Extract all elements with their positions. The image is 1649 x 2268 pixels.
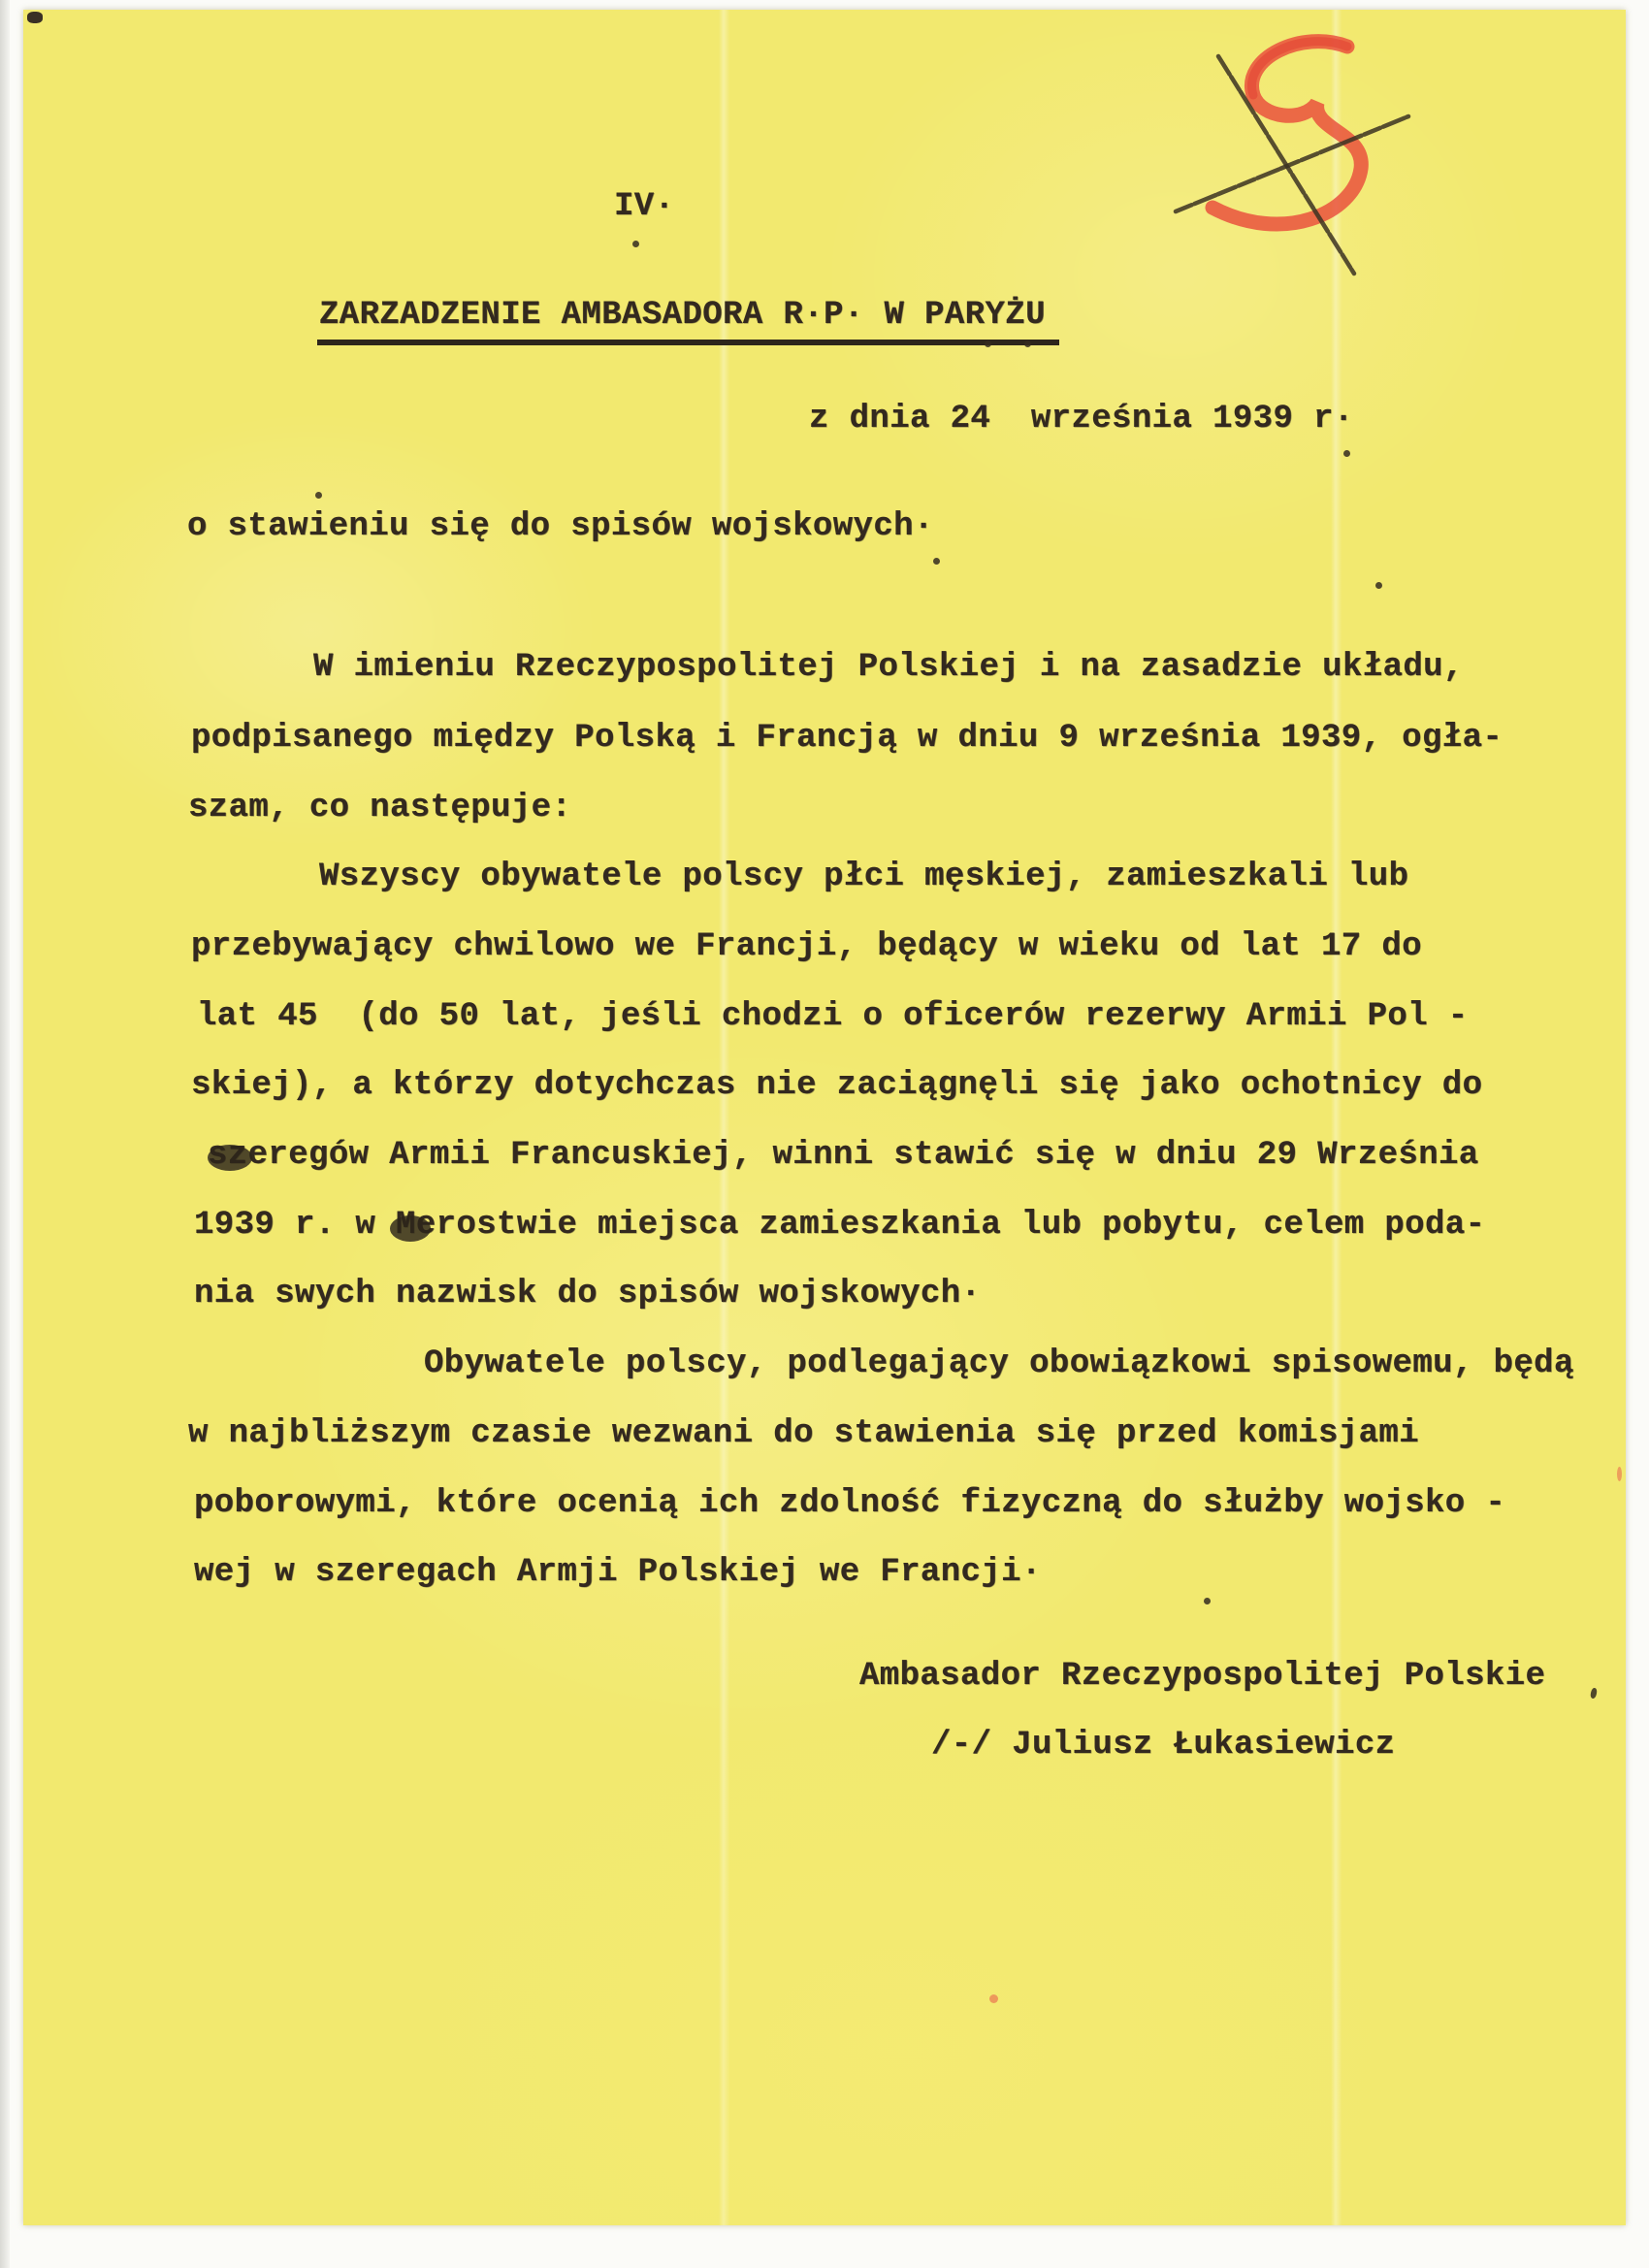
body-line: przebywający chwilowo we Francji, będący… bbox=[191, 929, 1422, 964]
stray-dot bbox=[1375, 582, 1382, 589]
signature-title: Ambasador Rzeczypospolitej Polskie bbox=[859, 1659, 1545, 1694]
body-line: poborowymi, które ocenią ich zdolność fi… bbox=[194, 1486, 1505, 1521]
stray-dot bbox=[985, 340, 991, 347]
stray-dot bbox=[1204, 1598, 1211, 1604]
document-title: ZARZADZENIE AMBASADORA R·P· W PARYŻU bbox=[317, 298, 1059, 345]
stray-dot bbox=[1343, 450, 1350, 457]
red-crayon-3 bbox=[1212, 42, 1361, 224]
body-line: w najbliższym czasie wezwani do stawieni… bbox=[188, 1416, 1419, 1451]
ink-blot bbox=[208, 1145, 252, 1171]
body-line: szeregów Armii Francuskiej, winni stawić… bbox=[208, 1138, 1479, 1173]
stray-dot bbox=[933, 558, 940, 565]
scanner-edge-shadow bbox=[0, 0, 10, 2268]
stray-dot bbox=[315, 492, 322, 499]
document-page: IV· ZARZADZENIE AMBASADORA R·P· W PARYŻU… bbox=[23, 10, 1626, 2225]
body-line: lat 45 (do 50 lat, jeśli chodzi o oficer… bbox=[197, 999, 1469, 1034]
body-line: Obywatele polscy, podlegający obowiązkow… bbox=[424, 1346, 1574, 1381]
body-line: W imieniu Rzeczypospolitej Polskiej i na… bbox=[313, 650, 1464, 685]
subject-line: o stawieniu się do spisów wojskowych· bbox=[187, 509, 934, 544]
body-line: szam, co następuje: bbox=[188, 791, 571, 826]
red-speck bbox=[989, 1994, 998, 2003]
body-line: skiej), a którzy dotychczas nie zaciągnę… bbox=[191, 1068, 1482, 1103]
date-line: z dnia 24 września 1939 r· bbox=[809, 402, 1354, 437]
handwritten-mark-3-crossed-out bbox=[1139, 10, 1649, 301]
stray-dot bbox=[632, 241, 639, 247]
stray-comma bbox=[1590, 1687, 1598, 1699]
scan-speck bbox=[27, 12, 43, 23]
signature-name: /-/ Juliusz Łukasiewicz bbox=[931, 1728, 1395, 1763]
body-line: Wszyscy obywatele polscy płci męskiej, z… bbox=[319, 859, 1408, 894]
stray-dot bbox=[1024, 340, 1031, 347]
body-line: nia swych nazwisk do spisów wojskowych· bbox=[194, 1277, 981, 1312]
red-speck bbox=[1617, 1467, 1622, 1481]
pencil-cross-line bbox=[1176, 116, 1408, 211]
body-line: wej w szeregach Armji Polskiej we Francj… bbox=[194, 1555, 1042, 1590]
section-number: IV· bbox=[614, 189, 674, 224]
ink-blot bbox=[390, 1215, 431, 1242]
body-line: podpisanego między Polską i Francją w dn… bbox=[191, 721, 1503, 756]
body-line: 1939 r. w Merostwie miejsca zamieszkania… bbox=[194, 1208, 1485, 1243]
